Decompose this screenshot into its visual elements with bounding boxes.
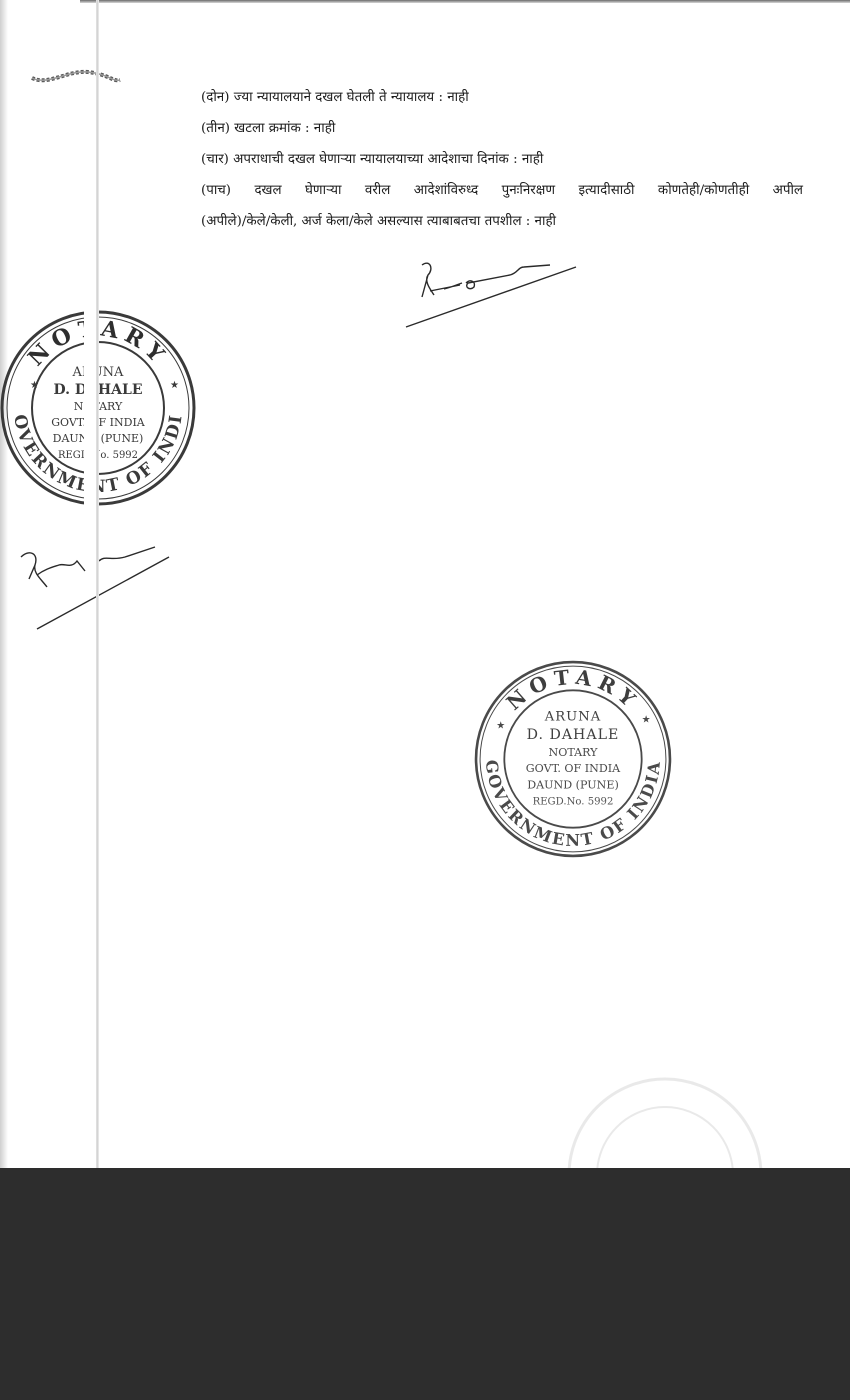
page-top-edge: [80, 0, 850, 3]
viewer-background: [0, 1168, 850, 1400]
page-fold-line: [96, 0, 99, 1168]
signature-main: [400, 255, 585, 335]
svg-text:REGD.No. 5992: REGD.No. 5992: [533, 796, 614, 807]
binding-thread-icon: [28, 66, 128, 90]
svg-text:★: ★: [170, 380, 179, 391]
svg-text:GOVT. OF INDIA: GOVT. OF INDIA: [526, 762, 621, 775]
page-left-shadow: [0, 0, 8, 1168]
clause-5-appeal-continued: (अपीले)/केले/केली, अर्ज केला/केले असल्या…: [201, 206, 803, 237]
svg-text:DAUND (PUNE): DAUND (PUNE): [527, 778, 619, 791]
clause-3-case-number: (तीन) खटला क्रमांक : नाही: [201, 113, 803, 144]
notary-stamp: NOTARY GOVERNMENT OF INDIA ★ ★ ARUNA D. …: [472, 658, 674, 860]
scanned-document-page: (दोन) ज्या न्यायालयाने दखल घेतली ते न्या…: [0, 0, 850, 1168]
document-body: (दोन) ज्या न्यायालयाने दखल घेतली ते न्या…: [201, 82, 803, 237]
svg-text:★: ★: [30, 380, 39, 391]
svg-text:★: ★: [496, 721, 505, 732]
faint-stamp-bleedthrough: [565, 1075, 765, 1168]
clause-2-court: (दोन) ज्या न्यायालयाने दखल घेतली ते न्या…: [201, 82, 803, 113]
clause-4-order-date: (चार) अपराधाची दखल घेणाऱ्या न्यायालयाच्य…: [201, 144, 803, 175]
clause-5-appeal: (पाच) दखल घेणाऱ्या वरील आदेशांविरुध्द पु…: [201, 175, 803, 206]
svg-text:NOTARY: NOTARY: [548, 746, 598, 759]
svg-text:ARUNA: ARUNA: [544, 710, 601, 725]
notary-stamp-partial: NOTARY GOVERNMENT OF INDIA ★ ★ ARUNA D. …: [0, 308, 200, 508]
svg-text:D. DAHALE: D. DAHALE: [527, 727, 620, 743]
svg-text:★: ★: [642, 715, 651, 726]
